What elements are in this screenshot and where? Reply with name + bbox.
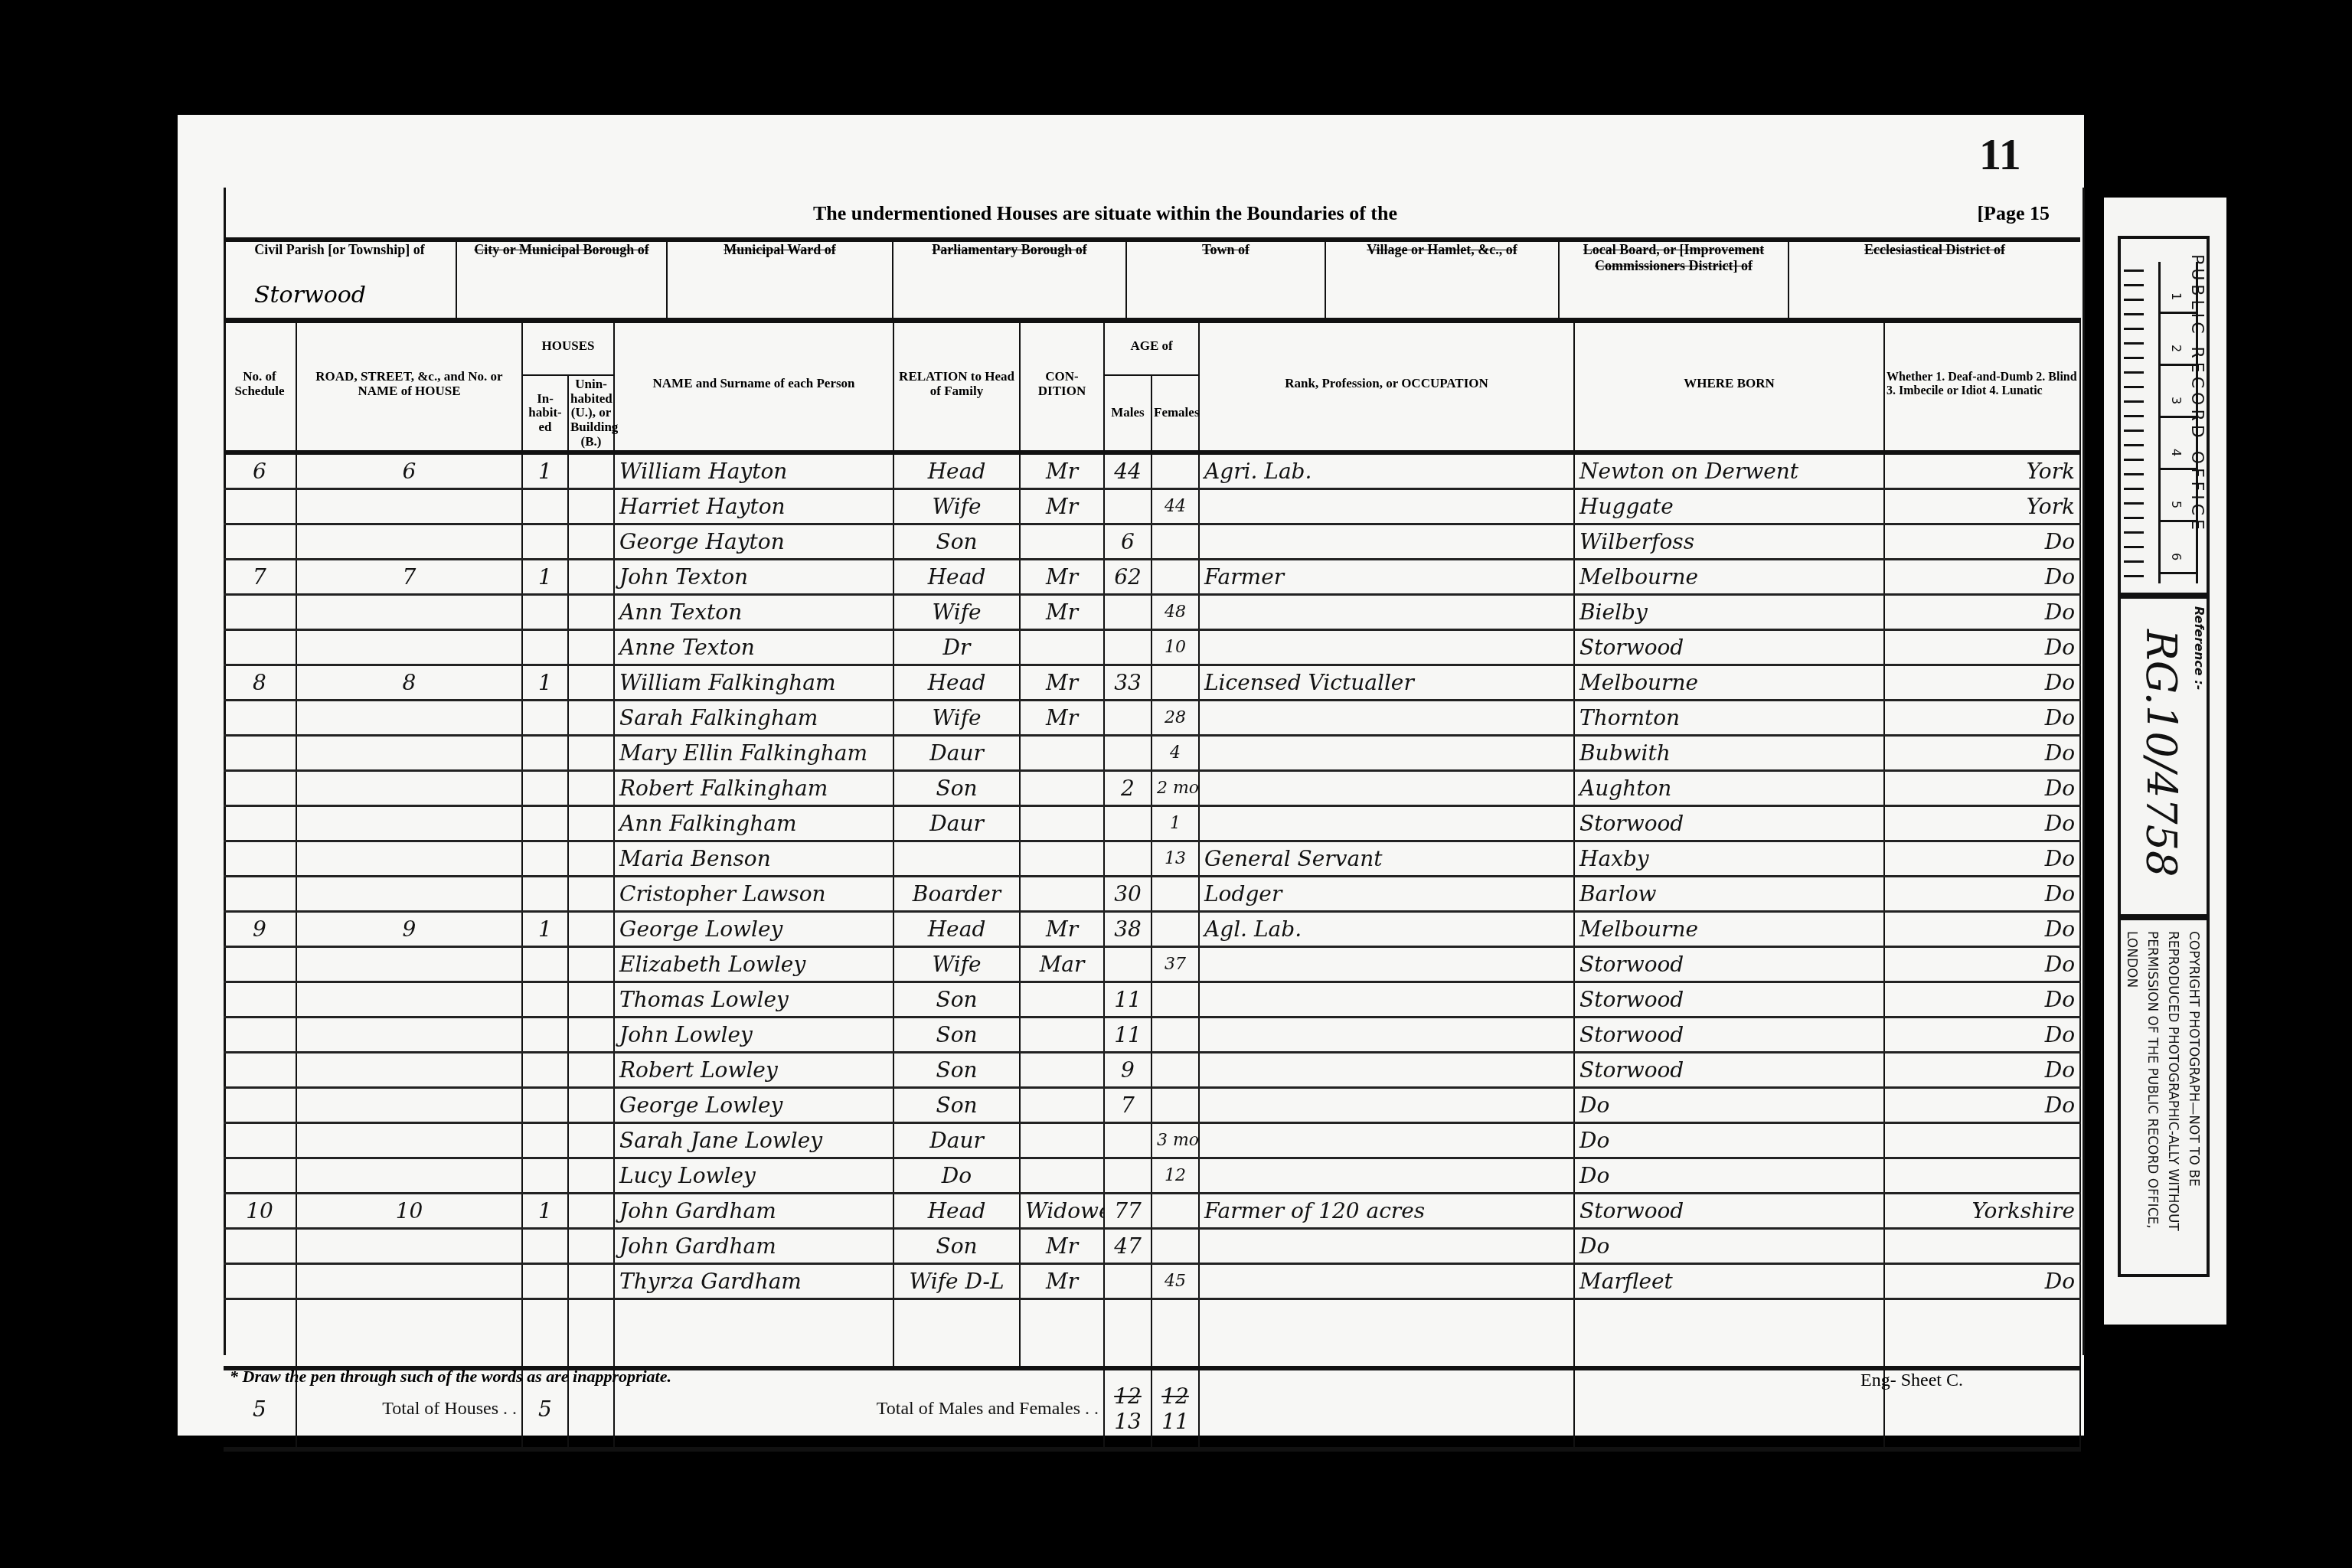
relation: Son — [893, 524, 1020, 560]
female-age: 44 — [1151, 489, 1199, 524]
inhabited-count — [522, 877, 568, 912]
infirmity: York — [1884, 452, 2080, 489]
male-age: 62 — [1104, 560, 1151, 595]
condition — [1020, 771, 1104, 806]
col-road: ROAD, STREET, &c., and No. or NAME of HO… — [296, 318, 522, 452]
infirmity: Do — [1884, 1053, 2080, 1088]
where-born: Storwood — [1574, 947, 1884, 982]
person-name: Ann Falkingham — [614, 806, 893, 841]
road-house — [296, 1158, 522, 1194]
where-born: Do — [1574, 1123, 1884, 1158]
office-scale-box: 123456 PUBLIC RECORD OFFICE — [2118, 236, 2210, 596]
inhabited-count — [522, 1123, 568, 1158]
inhabited-count — [522, 1229, 568, 1264]
inhabited-count — [522, 771, 568, 806]
schedule-number — [224, 982, 296, 1018]
inhabited-count — [522, 1053, 568, 1088]
blank-row — [224, 1299, 2080, 1369]
condition — [1020, 1018, 1104, 1053]
person-name: George Hayton — [614, 524, 893, 560]
uninhabited-count — [568, 595, 614, 630]
where-born: Storwood — [1574, 1053, 1884, 1088]
archive-strip: 123456 PUBLIC RECORD OFFICE Reference :-… — [2104, 198, 2226, 1325]
col-males: Males — [1104, 375, 1151, 452]
census-row: John GardhamSonMr47Do — [224, 1229, 2080, 1264]
inhabited-count — [522, 1018, 568, 1053]
inhabited-count — [522, 701, 568, 736]
infirmity: York — [1884, 489, 2080, 524]
where-born: Storwood — [1574, 1194, 1884, 1229]
where-born: Huggate — [1574, 489, 1884, 524]
census-row: George HaytonSon6WilberfossDo — [224, 524, 2080, 560]
occupation — [1199, 489, 1574, 524]
where-born: Do — [1574, 1088, 1884, 1123]
census-row: Cristopher LawsonBoarder30LodgerBarlowDo — [224, 877, 2080, 912]
infirmity: Do — [1884, 736, 2080, 771]
occupation: General Servant — [1199, 841, 1574, 877]
scale-number: 1 — [2169, 292, 2184, 300]
condition: Mr — [1020, 452, 1104, 489]
occupation: Agl. Lab. — [1199, 912, 1574, 947]
female-age — [1151, 982, 1199, 1018]
where-born: Newton on Derwent — [1574, 452, 1884, 489]
inhabited-count — [522, 982, 568, 1018]
where-born: Aughton — [1574, 771, 1884, 806]
census-table: No. of Schedule ROAD, STREET, &c., and N… — [224, 318, 2081, 1452]
ruler-tick — [2124, 313, 2144, 315]
census-row: 661William HaytonHeadMr44Agri. Lab.Newto… — [224, 452, 2080, 489]
where-born: Melbourne — [1574, 560, 1884, 595]
schedule-number: 10 — [224, 1194, 296, 1229]
infirmity: Do — [1884, 982, 2080, 1018]
ruler-tick — [2124, 488, 2144, 490]
col-houses: HOUSES — [522, 318, 614, 375]
col-females: Females — [1151, 375, 1199, 452]
uninhabited-count — [568, 982, 614, 1018]
road-house — [296, 1229, 522, 1264]
census-row: 771John TextonHeadMr62FarmerMelbourneDo — [224, 560, 2080, 595]
relation: Head — [893, 452, 1020, 489]
ruler-tick — [2124, 342, 2144, 345]
male-age: 47 — [1104, 1229, 1151, 1264]
census-row: Lucy LowleyDo12Do — [224, 1158, 2080, 1194]
where-born: Marfleet — [1574, 1264, 1884, 1299]
person-name: Harriet Hayton — [614, 489, 893, 524]
schedule-number — [224, 630, 296, 665]
ruler-tick — [2124, 430, 2144, 432]
relation: Head — [893, 560, 1020, 595]
male-age: 6 — [1104, 524, 1151, 560]
male-age — [1104, 1158, 1151, 1194]
blank-cell — [1104, 1299, 1151, 1369]
occupation — [1199, 947, 1574, 982]
infirmity: Do — [1884, 1264, 2080, 1299]
where-born: Barlow — [1574, 877, 1884, 912]
condition: Mr — [1020, 1229, 1104, 1264]
occupation — [1199, 806, 1574, 841]
inhabited-count — [522, 841, 568, 877]
relation: Son — [893, 1229, 1020, 1264]
male-age: 77 — [1104, 1194, 1151, 1229]
female-age — [1151, 912, 1199, 947]
female-age: 3 month — [1151, 1123, 1199, 1158]
occupation — [1199, 771, 1574, 806]
infirmity: Do — [1884, 701, 2080, 736]
male-age — [1104, 630, 1151, 665]
infirmity: Do — [1884, 630, 2080, 665]
inhabited-count — [522, 1158, 568, 1194]
occupation — [1199, 1264, 1574, 1299]
road-house — [296, 489, 522, 524]
ruler-tick — [2124, 386, 2144, 388]
uninhabited-count — [568, 524, 614, 560]
road-house: 8 — [296, 665, 522, 701]
schedule-number: 7 — [224, 560, 296, 595]
ruler-tick — [2124, 473, 2144, 475]
schedule-number — [224, 1123, 296, 1158]
condition — [1020, 982, 1104, 1018]
inhabited-count: 1 — [522, 665, 568, 701]
male-age — [1104, 595, 1151, 630]
uninhabited-count — [568, 701, 614, 736]
schedule-number — [224, 489, 296, 524]
schedule-number — [224, 771, 296, 806]
road-house: 9 — [296, 912, 522, 947]
condition: Mr — [1020, 701, 1104, 736]
office-name: PUBLIC RECORD OFFICE — [2187, 254, 2207, 534]
occupation — [1199, 595, 1574, 630]
road-house — [296, 947, 522, 982]
ruler-tick — [2124, 560, 2144, 563]
condition — [1020, 877, 1104, 912]
blank-cell — [614, 1299, 893, 1369]
male-age: 11 — [1104, 1018, 1151, 1053]
blank-cell — [296, 1299, 522, 1369]
person-name: John Gardham — [614, 1229, 893, 1264]
relation: Head — [893, 665, 1020, 701]
infirmity: Do — [1884, 841, 2080, 877]
relation: Wife — [893, 595, 1020, 630]
occupation — [1199, 701, 1574, 736]
uninhabited-count — [568, 806, 614, 841]
person-name: William Hayton — [614, 452, 893, 489]
male-age: 38 — [1104, 912, 1151, 947]
ruler-tick — [2124, 328, 2144, 330]
male-age — [1104, 1264, 1151, 1299]
road-house — [296, 524, 522, 560]
copyright-notice: COPYRIGHT PHOTOGRAPH—NOT TO BE REPRODUCE… — [2121, 931, 2203, 1268]
relation: Head — [893, 1194, 1020, 1229]
total-blank — [1199, 1368, 1574, 1449]
ruler-tick — [2124, 459, 2144, 461]
relation: Wife — [893, 947, 1020, 982]
person-name: Cristopher Lawson — [614, 877, 893, 912]
female-age — [1151, 1088, 1199, 1123]
female-age: 37 — [1151, 947, 1199, 982]
relation: Boarder — [893, 877, 1020, 912]
footnote: * Draw the pen through such of the words… — [230, 1367, 671, 1387]
occupation — [1199, 630, 1574, 665]
female-age: 48 — [1151, 595, 1199, 630]
relation: Dr — [893, 630, 1020, 665]
occupation: Farmer — [1199, 560, 1574, 595]
total-females: 1211 — [1151, 1368, 1199, 1449]
blank-cell — [522, 1299, 568, 1369]
schedule-number — [224, 841, 296, 877]
road-house — [296, 806, 522, 841]
occupation — [1199, 524, 1574, 560]
occupation — [1199, 1158, 1574, 1194]
schedule-number — [224, 1158, 296, 1194]
relation: Son — [893, 771, 1020, 806]
male-age — [1104, 806, 1151, 841]
uninhabited-count — [568, 1264, 614, 1299]
person-name: Maria Benson — [614, 841, 893, 877]
uninhabited-count — [568, 771, 614, 806]
total-females-value: 11 — [1161, 1409, 1189, 1434]
blank-cell — [1199, 1299, 1574, 1369]
condition: Mr — [1020, 665, 1104, 701]
female-age: 10 — [1151, 630, 1199, 665]
road-house — [296, 982, 522, 1018]
female-age: 13 — [1151, 841, 1199, 877]
where-born: Thornton — [1574, 701, 1884, 736]
infirmity: Do — [1884, 665, 2080, 701]
col-uninhabited: Unin-habited (U.), or Building (B.) — [568, 375, 614, 452]
uninhabited-count — [568, 736, 614, 771]
road-house — [296, 771, 522, 806]
infirmity: Do — [1884, 877, 2080, 912]
schedule-number: 6 — [224, 452, 296, 489]
male-age — [1104, 947, 1151, 982]
male-age — [1104, 841, 1151, 877]
inhabited-count — [522, 524, 568, 560]
col-where-born: WHERE BORN — [1574, 318, 1884, 452]
blank-cell — [224, 1299, 296, 1369]
where-born: Storwood — [1574, 630, 1884, 665]
infirmity: Do — [1884, 1018, 2080, 1053]
blank-cell — [568, 1299, 614, 1369]
road-house — [296, 1018, 522, 1053]
inhabited-count — [522, 489, 568, 524]
ruler-tick — [2124, 502, 2144, 505]
person-name: John Texton — [614, 560, 893, 595]
ruler-tick — [2124, 400, 2144, 403]
census-row: Ann FalkinghamDaur1StorwoodDo — [224, 806, 2080, 841]
uninhabited-count — [568, 1018, 614, 1053]
where-born: Wilberfoss — [1574, 524, 1884, 560]
census-row: Anne TextonDr10StorwoodDo — [224, 630, 2080, 665]
relation: Son — [893, 1088, 1020, 1123]
census-row: 991George LowleyHeadMr38Agl. Lab.Melbour… — [224, 912, 2080, 947]
condition: Mr — [1020, 595, 1104, 630]
relation: Daur — [893, 806, 1020, 841]
person-name: George Lowley — [614, 1088, 893, 1123]
census-row: 10101John GardhamHeadWidower77Farmer of … — [224, 1194, 2080, 1229]
infirmity — [1884, 1158, 2080, 1194]
inhabited-count — [522, 736, 568, 771]
census-row: 881William FalkinghamHeadMr33Licensed Vi… — [224, 665, 2080, 701]
where-born: Storwood — [1574, 982, 1884, 1018]
infirmity: Do — [1884, 595, 2080, 630]
road-house: 6 — [296, 452, 522, 489]
col-occupation: Rank, Profession, or OCCUPATION — [1199, 318, 1574, 452]
inhabited-count: 1 — [522, 912, 568, 947]
uninhabited-count — [568, 947, 614, 982]
male-age: 30 — [1104, 877, 1151, 912]
uninhabited-count — [568, 1123, 614, 1158]
female-age: 12 — [1151, 1158, 1199, 1194]
road-house — [296, 1088, 522, 1123]
census-row: Robert FalkinghamSon22 monthAughtonDo — [224, 771, 2080, 806]
male-age — [1104, 1123, 1151, 1158]
occupation: Agri. Lab. — [1199, 452, 1574, 489]
census-row: Thyrza GardhamWife D-LMr45MarfleetDo — [224, 1264, 2080, 1299]
person-name: Lucy Lowley — [614, 1158, 893, 1194]
uninhabited-count — [568, 489, 614, 524]
schedule-number — [224, 806, 296, 841]
uninhabited-count — [568, 1053, 614, 1088]
census-row: Sarah FalkinghamWifeMr28ThorntonDo — [224, 701, 2080, 736]
census-row: Thomas LowleySon11StorwoodDo — [224, 982, 2080, 1018]
relation: Daur — [893, 736, 1020, 771]
occupation — [1199, 1123, 1574, 1158]
census-row: Elizabeth LowleyWifeMar37StorwoodDo — [224, 947, 2080, 982]
female-age — [1151, 1194, 1199, 1229]
occupation — [1199, 1229, 1574, 1264]
schedule-number — [224, 877, 296, 912]
uninhabited-count — [568, 912, 614, 947]
schedule-number — [224, 1264, 296, 1299]
road-house — [296, 595, 522, 630]
female-age — [1151, 1053, 1199, 1088]
condition: Mr — [1020, 560, 1104, 595]
where-born: Melbourne — [1574, 912, 1884, 947]
occupation: Lodger — [1199, 877, 1574, 912]
where-born: Do — [1574, 1229, 1884, 1264]
inhabited-count — [522, 947, 568, 982]
where-born: Haxby — [1574, 841, 1884, 877]
relation: Daur — [893, 1123, 1020, 1158]
condition — [1020, 630, 1104, 665]
occupation — [1199, 1018, 1574, 1053]
occupation — [1199, 736, 1574, 771]
male-age — [1104, 701, 1151, 736]
where-born: Do — [1574, 1158, 1884, 1194]
inhabited-count — [522, 595, 568, 630]
uninhabited-count — [568, 1088, 614, 1123]
condition — [1020, 1053, 1104, 1088]
female-age — [1151, 665, 1199, 701]
uninhabited-count — [568, 1194, 614, 1229]
total-males-value: 13 — [1114, 1409, 1142, 1434]
female-age: 2 month — [1151, 771, 1199, 806]
uninhabited-count — [568, 1158, 614, 1194]
condition: Mr — [1020, 489, 1104, 524]
infirmity: Do — [1884, 912, 2080, 947]
condition — [1020, 1088, 1104, 1123]
schedule-number — [224, 524, 296, 560]
person-name: William Falkingham — [614, 665, 893, 701]
uninhabited-count — [568, 560, 614, 595]
uninhabited-count — [568, 630, 614, 665]
road-house — [296, 1264, 522, 1299]
blank-cell — [1020, 1299, 1104, 1369]
condition — [1020, 524, 1104, 560]
male-age: 44 — [1104, 452, 1151, 489]
road-house — [296, 877, 522, 912]
ruler-tick — [2124, 284, 2144, 286]
schedule-number — [224, 701, 296, 736]
female-age: 4 — [1151, 736, 1199, 771]
inhabited-count: 1 — [522, 560, 568, 595]
col-inhabited: In-habit-ed — [522, 375, 568, 452]
relation: Son — [893, 1053, 1020, 1088]
ruler-scale — [2124, 262, 2161, 583]
inhabited-count — [522, 806, 568, 841]
infirmity: Yorkshire — [1884, 1194, 2080, 1229]
road-house — [296, 701, 522, 736]
relation: Son — [893, 982, 1020, 1018]
where-born: Storwood — [1574, 1018, 1884, 1053]
road-house — [296, 1123, 522, 1158]
schedule-number: 8 — [224, 665, 296, 701]
condition: Mar — [1020, 947, 1104, 982]
uninhabited-count — [568, 452, 614, 489]
reference-number: RG.10/4758 — [2137, 629, 2185, 877]
blank-cell — [893, 1299, 1020, 1369]
uninhabited-count — [568, 665, 614, 701]
ruler-tick — [2124, 357, 2144, 359]
where-born: Bielby — [1574, 595, 1884, 630]
occupation — [1199, 1053, 1574, 1088]
road-house — [296, 841, 522, 877]
road-house — [296, 736, 522, 771]
occupation: Farmer of 120 acres — [1199, 1194, 1574, 1229]
female-age — [1151, 1229, 1199, 1264]
census-row: Harriet HaytonWifeMr44HuggateYork — [224, 489, 2080, 524]
schedule-number — [224, 1229, 296, 1264]
ruler-tick — [2124, 299, 2144, 301]
inhabited-count: 1 — [522, 452, 568, 489]
infirmity: Do — [1884, 947, 2080, 982]
person-name: Sarah Jane Lowley — [614, 1123, 893, 1158]
female-age — [1151, 452, 1199, 489]
blank-cell — [1151, 1299, 1199, 1369]
ruler-tick — [2124, 546, 2144, 548]
condition — [1020, 736, 1104, 771]
female-age — [1151, 524, 1199, 560]
person-name: Thyrza Gardham — [614, 1264, 893, 1299]
where-born: Storwood — [1574, 806, 1884, 841]
sheet-label: Eng- Sheet C. — [1860, 1370, 1963, 1391]
relation: Son — [893, 1018, 1020, 1053]
census-row: Sarah Jane LowleyDaur3 monthDo — [224, 1123, 2080, 1158]
blank-cell — [1574, 1299, 1884, 1369]
person-name: Robert Lowley — [614, 1053, 893, 1088]
condition: Mr — [1020, 912, 1104, 947]
col-schedule: No. of Schedule — [224, 318, 296, 452]
ruler-tick — [2124, 415, 2144, 417]
scale-number: 3 — [2169, 397, 2184, 404]
ruler-tick — [2124, 517, 2144, 519]
condition — [1020, 806, 1104, 841]
col-infirmity: Whether 1. Deaf-and-Dumb 2. Blind 3. Imb… — [1884, 318, 2080, 452]
reference-box: Reference :- RG.10/4758 — [2118, 596, 2210, 917]
male-age — [1104, 736, 1151, 771]
ruler-tick — [2124, 269, 2144, 272]
schedule-number — [224, 947, 296, 982]
